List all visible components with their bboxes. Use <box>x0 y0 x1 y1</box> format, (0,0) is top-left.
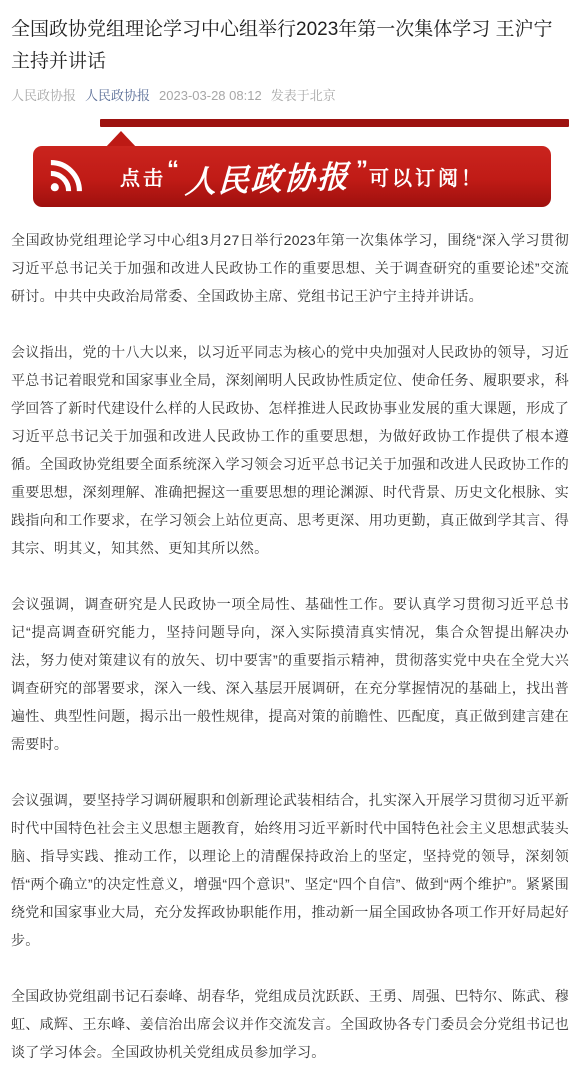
author-name: 人民政协报 <box>11 87 76 105</box>
banner-open-quote: “ <box>167 156 179 184</box>
article-paragraph: 会议强调，要坚持学习调研履职和创新理论武装相结合，扎实深入开展学习贯彻习近平新时… <box>11 786 569 954</box>
banner-ribbon <box>100 119 569 127</box>
banner-prefix: 点击 <box>120 162 166 191</box>
article-paragraph: 会议强调，调查研究是人民政协一项全局性、基础性工作。要认真学习贯彻习近平总书记“… <box>11 590 569 758</box>
account-link[interactable]: 人民政协报 <box>85 87 150 105</box>
article-title: 全国政协党组理论学习中心组举行2023年第一次集体学习 王沪宁主持并讲话 <box>11 14 569 78</box>
banner-text: 点击 “ 人民政协报 ” 可以订阅！ <box>83 154 521 199</box>
publish-datetime: 2023-03-28 08:12 <box>159 87 262 105</box>
banner-suffix: 可以订阅！ <box>369 162 484 191</box>
article-page: 全国政协党组理论学习中心组举行2023年第一次集体学习 王沪宁主持并讲话 人民政… <box>0 0 580 1090</box>
banner-account-name: 人民政协报 <box>184 151 350 202</box>
subscribe-banner[interactable]: 点击 “ 人民政协报 ” 可以订阅！ <box>11 119 569 211</box>
article-paragraph: 会议指出，党的十八大以来，以习近平同志为核心的党中央加强对人民政协的领导，习近平… <box>11 338 569 562</box>
rss-icon <box>47 159 83 195</box>
banner-close-quote: ” <box>356 156 368 184</box>
article-paragraph: 全国政协党组理论学习中心组3月27日举行2023年第一次集体学习，围绕“深入学习… <box>11 226 569 310</box>
subscribe-button[interactable]: 点击 “ 人民政协报 ” 可以订阅！ <box>33 146 551 207</box>
article-paragraph: 全国政协党组副书记石泰峰、胡春华，党组成员沈跃跃、王勇、周强、巴特尔、陈武、穆虹… <box>11 982 569 1066</box>
publish-location: 发表于北京 <box>271 87 336 105</box>
article-content: 全国政协党组理论学习中心组3月27日举行2023年第一次集体学习，围绕“深入学习… <box>11 226 569 1066</box>
article-meta: 人民政协报 人民政协报 2023-03-28 08:12 发表于北京 <box>11 87 569 105</box>
